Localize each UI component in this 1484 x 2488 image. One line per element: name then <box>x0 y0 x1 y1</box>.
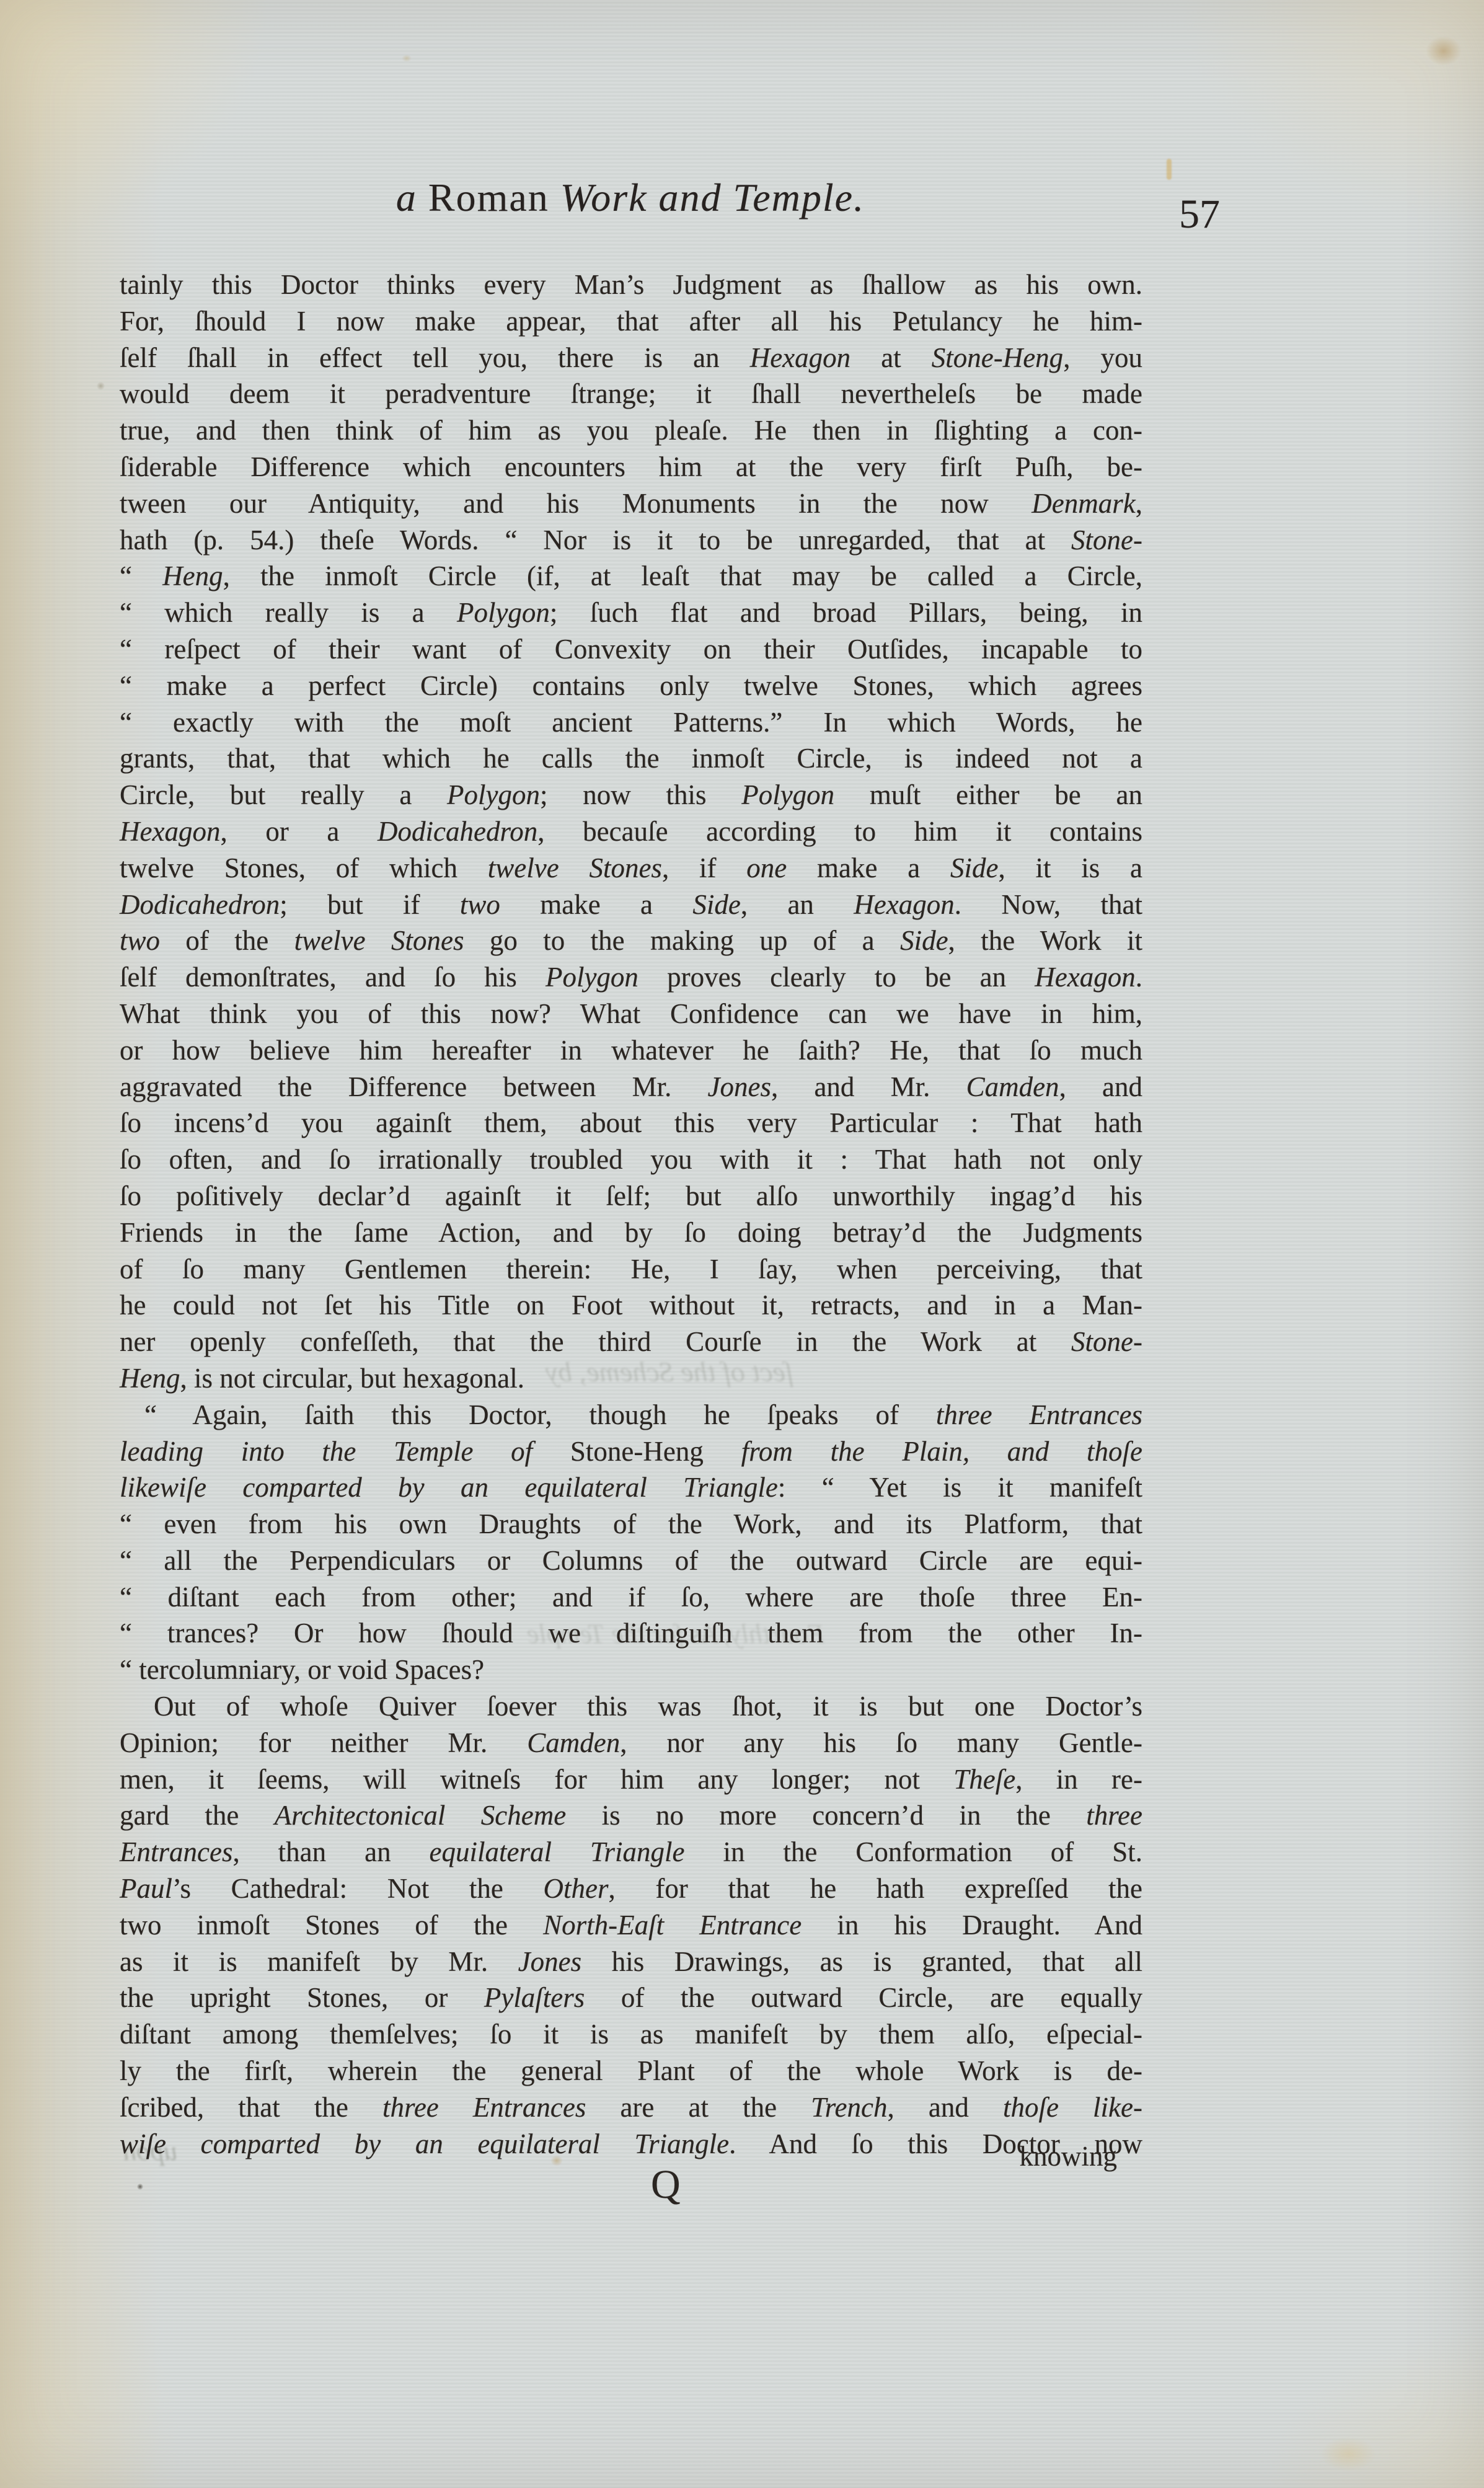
text-line: ſcribed, that the three Entrances are at… <box>120 2089 1142 2126</box>
text-line: tainly this Doctor thinks every Man’s Ju… <box>120 267 1142 303</box>
text-line: grants, that, that which he calls the in… <box>120 740 1142 777</box>
text-line: ſelf ſhall in effect tell you, there is … <box>120 340 1142 376</box>
text-line: he could not ſet his Title on Foot witho… <box>120 1287 1142 1324</box>
text-line: tween our Antiquity, and his Monuments i… <box>120 485 1142 522</box>
page-number: 57 <box>1179 191 1220 238</box>
running-header-title: Work and Temple. <box>560 175 865 219</box>
text-line: as it is manifeſt by Mr. Jones his Drawi… <box>120 1944 1142 1980</box>
text-line: What think you of this now? What Confide… <box>120 996 1142 1032</box>
text-line: the upright Stones, or Pylaſters of the … <box>120 1980 1142 2016</box>
text-line: two of the twelve Stones go to the makin… <box>120 923 1142 959</box>
text-line: ſiderable Difference which encounters hi… <box>120 449 1142 485</box>
text-line: leading into the Temple of Stone-Heng fr… <box>120 1433 1142 1470</box>
text-line: likewiſe comparted by an equilateral Tri… <box>120 1469 1142 1506</box>
text-line: “ even from his own Draughts of the Work… <box>120 1506 1142 1543</box>
text-line: Circle, but really a Polygon; now this P… <box>120 777 1142 813</box>
text-line: men, it ſeems, will witneſs for him any … <box>120 1761 1142 1798</box>
catchword: knowing <box>1020 2140 1118 2172</box>
text-line: “ tercolumniary, or void Spaces? <box>120 1652 1142 1688</box>
text-line: “ Again, ſaith this Doctor, though he ſp… <box>120 1397 1142 1433</box>
text-line: Friends in the ſame Action, and by ſo do… <box>120 1215 1142 1251</box>
text-line: Opinion; for neither Mr. Camden, nor any… <box>120 1725 1142 1761</box>
text-line: wiſe comparted by an equilateral Triangl… <box>120 2126 1142 2163</box>
text-line: ner openly confeſſeth, that the third Co… <box>120 1324 1142 1360</box>
text-line: “ Heng, the inmoſt Circle (if, at leaſt … <box>120 558 1142 595</box>
text-line: “ exactly with the moſt ancient Patterns… <box>120 704 1142 741</box>
running-header-article: a <box>396 175 428 219</box>
text-line: ſo poſitively declar’d againſt it ſelf; … <box>120 1178 1142 1215</box>
text-line: “ reſpect of their want of Convexity on … <box>120 631 1142 668</box>
text-line: For, ſhould I now make appear, that afte… <box>120 303 1142 340</box>
text-block: tainly this Doctor thinks every Man’s Ju… <box>120 267 1142 2162</box>
text-line: Hexagon, or a Dodicahedron, becauſe acco… <box>120 813 1142 850</box>
text-line: two inmoſt Stones of the North-Eaſt Entr… <box>120 1907 1142 1944</box>
text-line: or how believe him hereafter in whatever… <box>120 1032 1142 1069</box>
running-header-roman: Roman <box>428 175 560 219</box>
text-line: of ſo many Gentlemen therein: He, I ſay,… <box>120 1251 1142 1288</box>
text-line: diſtant among themſelves; ſo it is as ma… <box>120 2016 1142 2053</box>
text-line: Paul’s Cathedral: Not the Other, for tha… <box>120 1870 1142 1907</box>
text-line: aggravated the Difference between Mr. Jo… <box>120 1069 1142 1105</box>
text-line: ſo incens’d you againſt them, about this… <box>120 1105 1142 1141</box>
text-line: Entrances, than an equilateral Triangle … <box>120 1834 1142 1870</box>
text-line: would deem it peradventure ſtrange; it ſ… <box>120 376 1142 412</box>
text-line: ſelf demonſtrates, and ſo his Polygon pr… <box>120 959 1142 996</box>
text-line: gard the Architectonical Scheme is no mo… <box>120 1797 1142 1834</box>
text-line: Out of whoſe Quiver ſoever this was ſhot… <box>120 1688 1142 1725</box>
text-line: “ trances? Or how ſhould we diſtinguiſh … <box>120 1615 1142 1652</box>
signature-mark: Q <box>651 2161 681 2208</box>
text-line: “ which really is a Polygon; ſuch flat a… <box>120 595 1142 631</box>
text-line: Dodicahedron; but if two make a Side, an… <box>120 887 1142 923</box>
text-line: ſo often, and ſo irrationally troubled y… <box>120 1141 1142 1178</box>
text-line: “ all the Perpendiculars or Columns of t… <box>120 1543 1142 1579</box>
text-line: “ make a perfect Circle) contains only t… <box>120 668 1142 704</box>
running-header: a Roman Work and Temple. <box>120 175 1141 221</box>
text-line: “ diſtant each from other; and if ſo, wh… <box>120 1579 1142 1616</box>
text-line: hath (p. 54.) theſe Words. “ Nor is it t… <box>120 522 1142 559</box>
text-line: true, and then think of him as you pleaſ… <box>120 412 1142 449</box>
text-line: ly the firſt, wherein the general Plant … <box>120 2053 1142 2089</box>
text-line: twelve Stones, of which twelve Stones, i… <box>120 850 1142 887</box>
text-line: Heng, is not circular, but hexagonal. <box>120 1360 1142 1397</box>
